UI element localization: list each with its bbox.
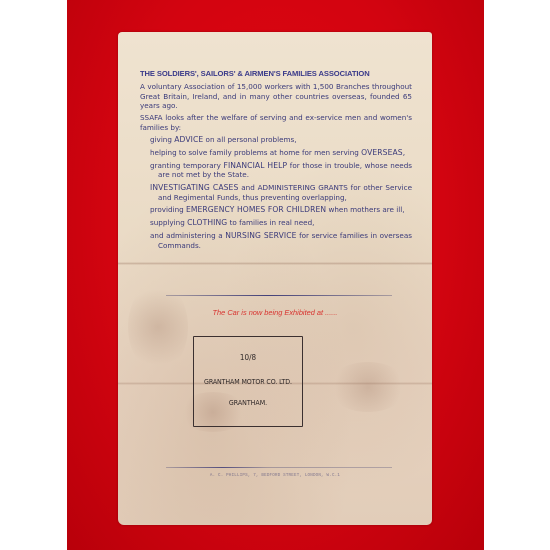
stamp-town: GRANTHAM.: [194, 399, 302, 407]
service-item: supplying CLOTHING to families in real n…: [150, 218, 412, 227]
printer-imprint: A. C. PHILLIPS, 7, BEDFORD STREET, LONDO…: [118, 474, 432, 478]
divider-rule: [166, 295, 392, 296]
lead-paragraph: SSAFA looks after the welfare of serving…: [140, 113, 412, 132]
ssafa-leaflet: THE SOLDIERS', SAILORS' & AIRMEN'S FAMIL…: [118, 32, 432, 525]
intro-paragraph: A voluntary Association of 15,000 worker…: [140, 82, 412, 111]
association-heading: THE SOLDIERS', SAILORS' & AIRMEN'S FAMIL…: [140, 69, 420, 78]
divider-rule: [166, 467, 392, 468]
service-item: giving ADVICE on all personal problems,: [150, 135, 412, 144]
stamp-price: 10/8: [194, 353, 302, 362]
service-item: and administering a NURSING SERVICE for …: [150, 231, 412, 250]
paper-stain: [328, 362, 408, 412]
dealer-stamp: 10/8 GRANTHAM MOTOR CO. LTD. GRANTHAM.: [193, 336, 303, 427]
services-list: giving ADVICE on all personal problems, …: [150, 135, 412, 254]
stamp-company: GRANTHAM MOTOR CO. LTD.: [194, 378, 302, 386]
service-item: INVESTIGATING CASES and ADMINISTERING GR…: [150, 183, 412, 202]
exhibited-at-text: The Car is now being Exhibited at ......: [118, 308, 432, 317]
service-item: providing EMERGENCY HOMES FOR CHILDREN w…: [150, 205, 412, 214]
service-item: helping to solve family problems at home…: [150, 148, 412, 157]
fold-crease: [118, 262, 432, 265]
service-item: granting temporary FINANCIAL HELP for th…: [150, 161, 412, 180]
